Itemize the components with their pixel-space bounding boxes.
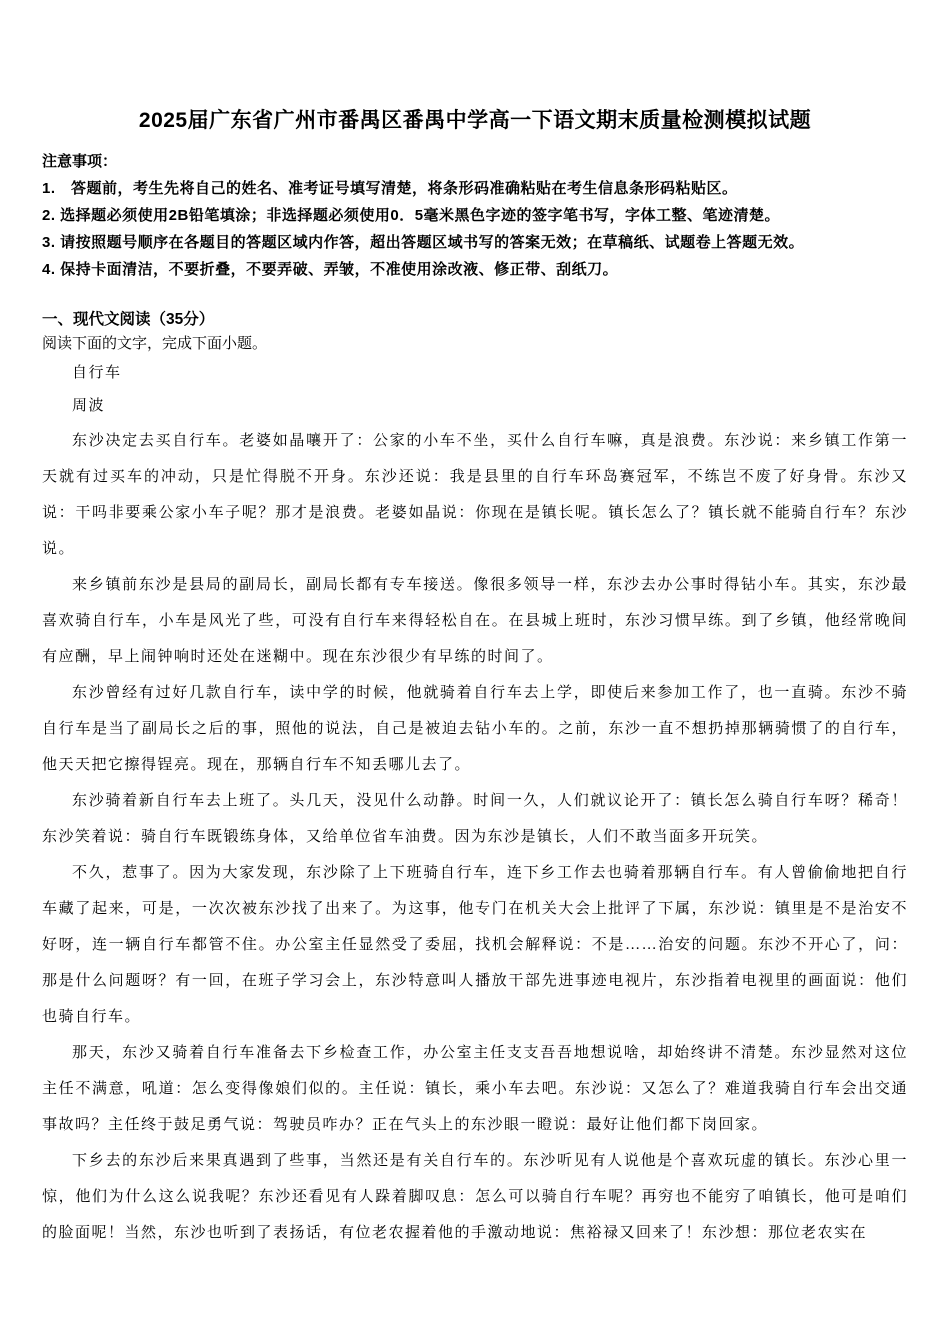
passage-paragraph-1: 东沙决定去买自行车。老婆如晶嚷开了：公家的小车不坐，买什么自行车嘛，真是浪费。东… bbox=[42, 423, 908, 567]
passage-paragraph-2: 来乡镇前东沙是县局的副局长，副局长都有专车接送。像很多领导一样，东沙去办公事时得… bbox=[42, 567, 908, 675]
passage-paragraph-4: 东沙骑着新自行车去上班了。头几天，没见什么动静。时间一久，人们就议论开了：镇长怎… bbox=[42, 783, 908, 855]
passage-paragraph-5: 不久，惹事了。因为大家发现，东沙除了上下班骑自行车，连下乡工作去也骑着那辆自行车… bbox=[42, 855, 908, 1035]
notice-item-2: 2. 选择题必须使用2B铅笔填涂；非选择题必须使用0．5毫米黑色字迹的签字笔书写… bbox=[42, 202, 908, 229]
passage-block: 自行车 周波 东沙决定去买自行车。老婆如晶嚷开了：公家的小车不坐，买什么自行车嘛… bbox=[42, 357, 908, 1251]
notice-item-4: 4. 保持卡面清洁，不要折叠，不要弄破、弄皱，不准使用涂改液、修正带、刮纸刀。 bbox=[42, 256, 908, 283]
passage-paragraph-6: 那天，东沙又骑着自行车准备去下乡检查工作，办公室主任支支吾吾地想说啥，却始终讲不… bbox=[42, 1035, 908, 1143]
notice-item-3: 3. 请按照题号顺序在各题目的答题区域内作答，超出答题区域书写的答案无效；在草稿… bbox=[42, 229, 908, 256]
notice-item-1: 1. 答题前，考生先将自己的姓名、准考证号填写清楚，将条形码准确粘贴在考生信息条… bbox=[42, 175, 908, 202]
reading-instruction: 阅读下面的文字，完成下面小题。 bbox=[42, 332, 908, 357]
section-heading-modern-reading: 一、现代文阅读（35分） bbox=[42, 307, 908, 332]
passage-paragraph-7: 下乡去的东沙后来果真遇到了些事，当然还是有关自行车的。东沙听见有人说他是个喜欢玩… bbox=[42, 1143, 908, 1251]
notice-block: 注意事项： 1. 答题前，考生先将自己的姓名、准考证号填写清楚，将条形码准确粘贴… bbox=[42, 148, 908, 283]
exam-document-page: { "document": { "title": "2025届广东省广州市番禺区… bbox=[0, 0, 950, 1344]
notice-heading: 注意事项： bbox=[42, 148, 908, 175]
passage-author: 周波 bbox=[42, 390, 908, 423]
document-title: 2025届广东省广州市番禺区番禺中学高一下语文期末质量检测模拟试题 bbox=[42, 106, 908, 136]
passage-title: 自行车 bbox=[42, 357, 908, 390]
page-container: 2025届广东省广州市番禺区番禺中学高一下语文期末质量检测模拟试题 注意事项： … bbox=[0, 0, 950, 1344]
passage-paragraph-3: 东沙曾经有过好几款自行车，读中学的时候，他就骑着自行车去上学，即使后来参加工作了… bbox=[42, 675, 908, 783]
